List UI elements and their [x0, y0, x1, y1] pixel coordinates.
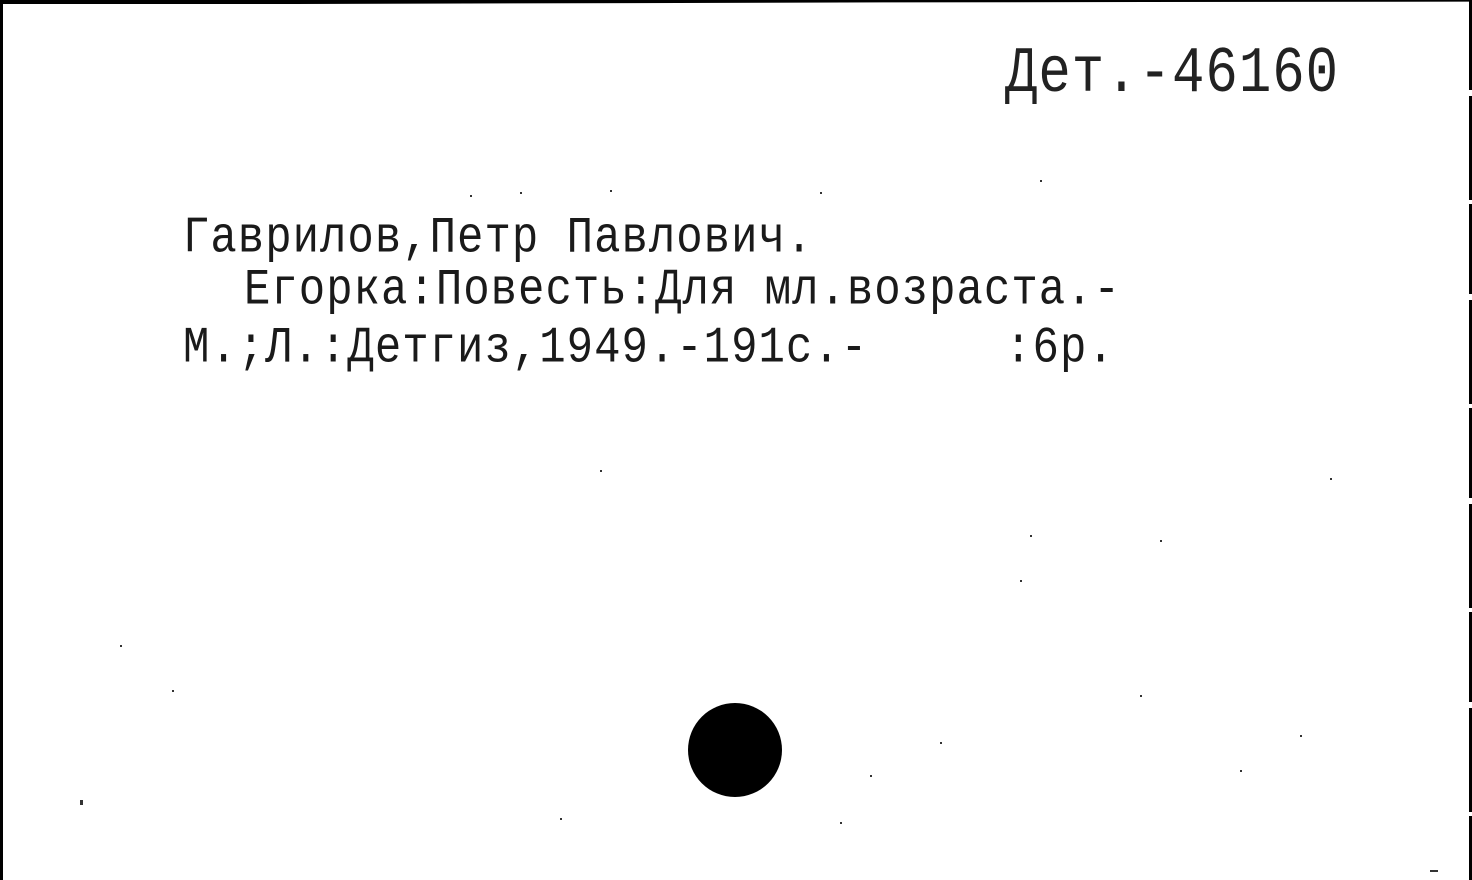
scan-speck: [940, 742, 942, 744]
scan-speck: [820, 192, 822, 194]
card-top-edge: [0, 0, 1472, 4]
scan-speck: [120, 645, 122, 647]
scan-speck: [1240, 770, 1242, 772]
title-statement: Егорка:Повесть:Для мл.возраста.-: [244, 262, 1121, 320]
scan-speck: [1330, 478, 1332, 480]
scan-speck: [870, 775, 872, 777]
catalog-card: Дет.-46160 Гаврилов,Петр Павлович. Егорк…: [0, 0, 1472, 880]
scan-speck: [1030, 535, 1032, 537]
scan-speck: [1140, 695, 1142, 697]
scan-speck: [172, 690, 174, 692]
scan-speck: [1160, 540, 1162, 542]
scan-speck: [1020, 580, 1022, 582]
scan-speck: [80, 800, 83, 805]
scan-speck: [520, 192, 522, 194]
scan-speck: [470, 195, 472, 197]
scan-speck: [600, 470, 602, 472]
imprint-line: М.;Л.:Детгиз,1949.-191с.- :6р.: [183, 320, 1115, 378]
scan-speck: [1300, 735, 1302, 737]
scan-speck: [840, 822, 842, 824]
call-number: Дет.-46160: [1005, 38, 1339, 111]
author-heading: Гаврилов,Петр Павлович.: [183, 210, 813, 268]
card-left-edge: [0, 0, 3, 880]
punch-hole: [688, 703, 782, 797]
scan-speck: [1430, 870, 1438, 872]
scan-speck: [560, 818, 562, 820]
scan-speck: [610, 190, 612, 192]
scan-speck: [1040, 180, 1042, 182]
